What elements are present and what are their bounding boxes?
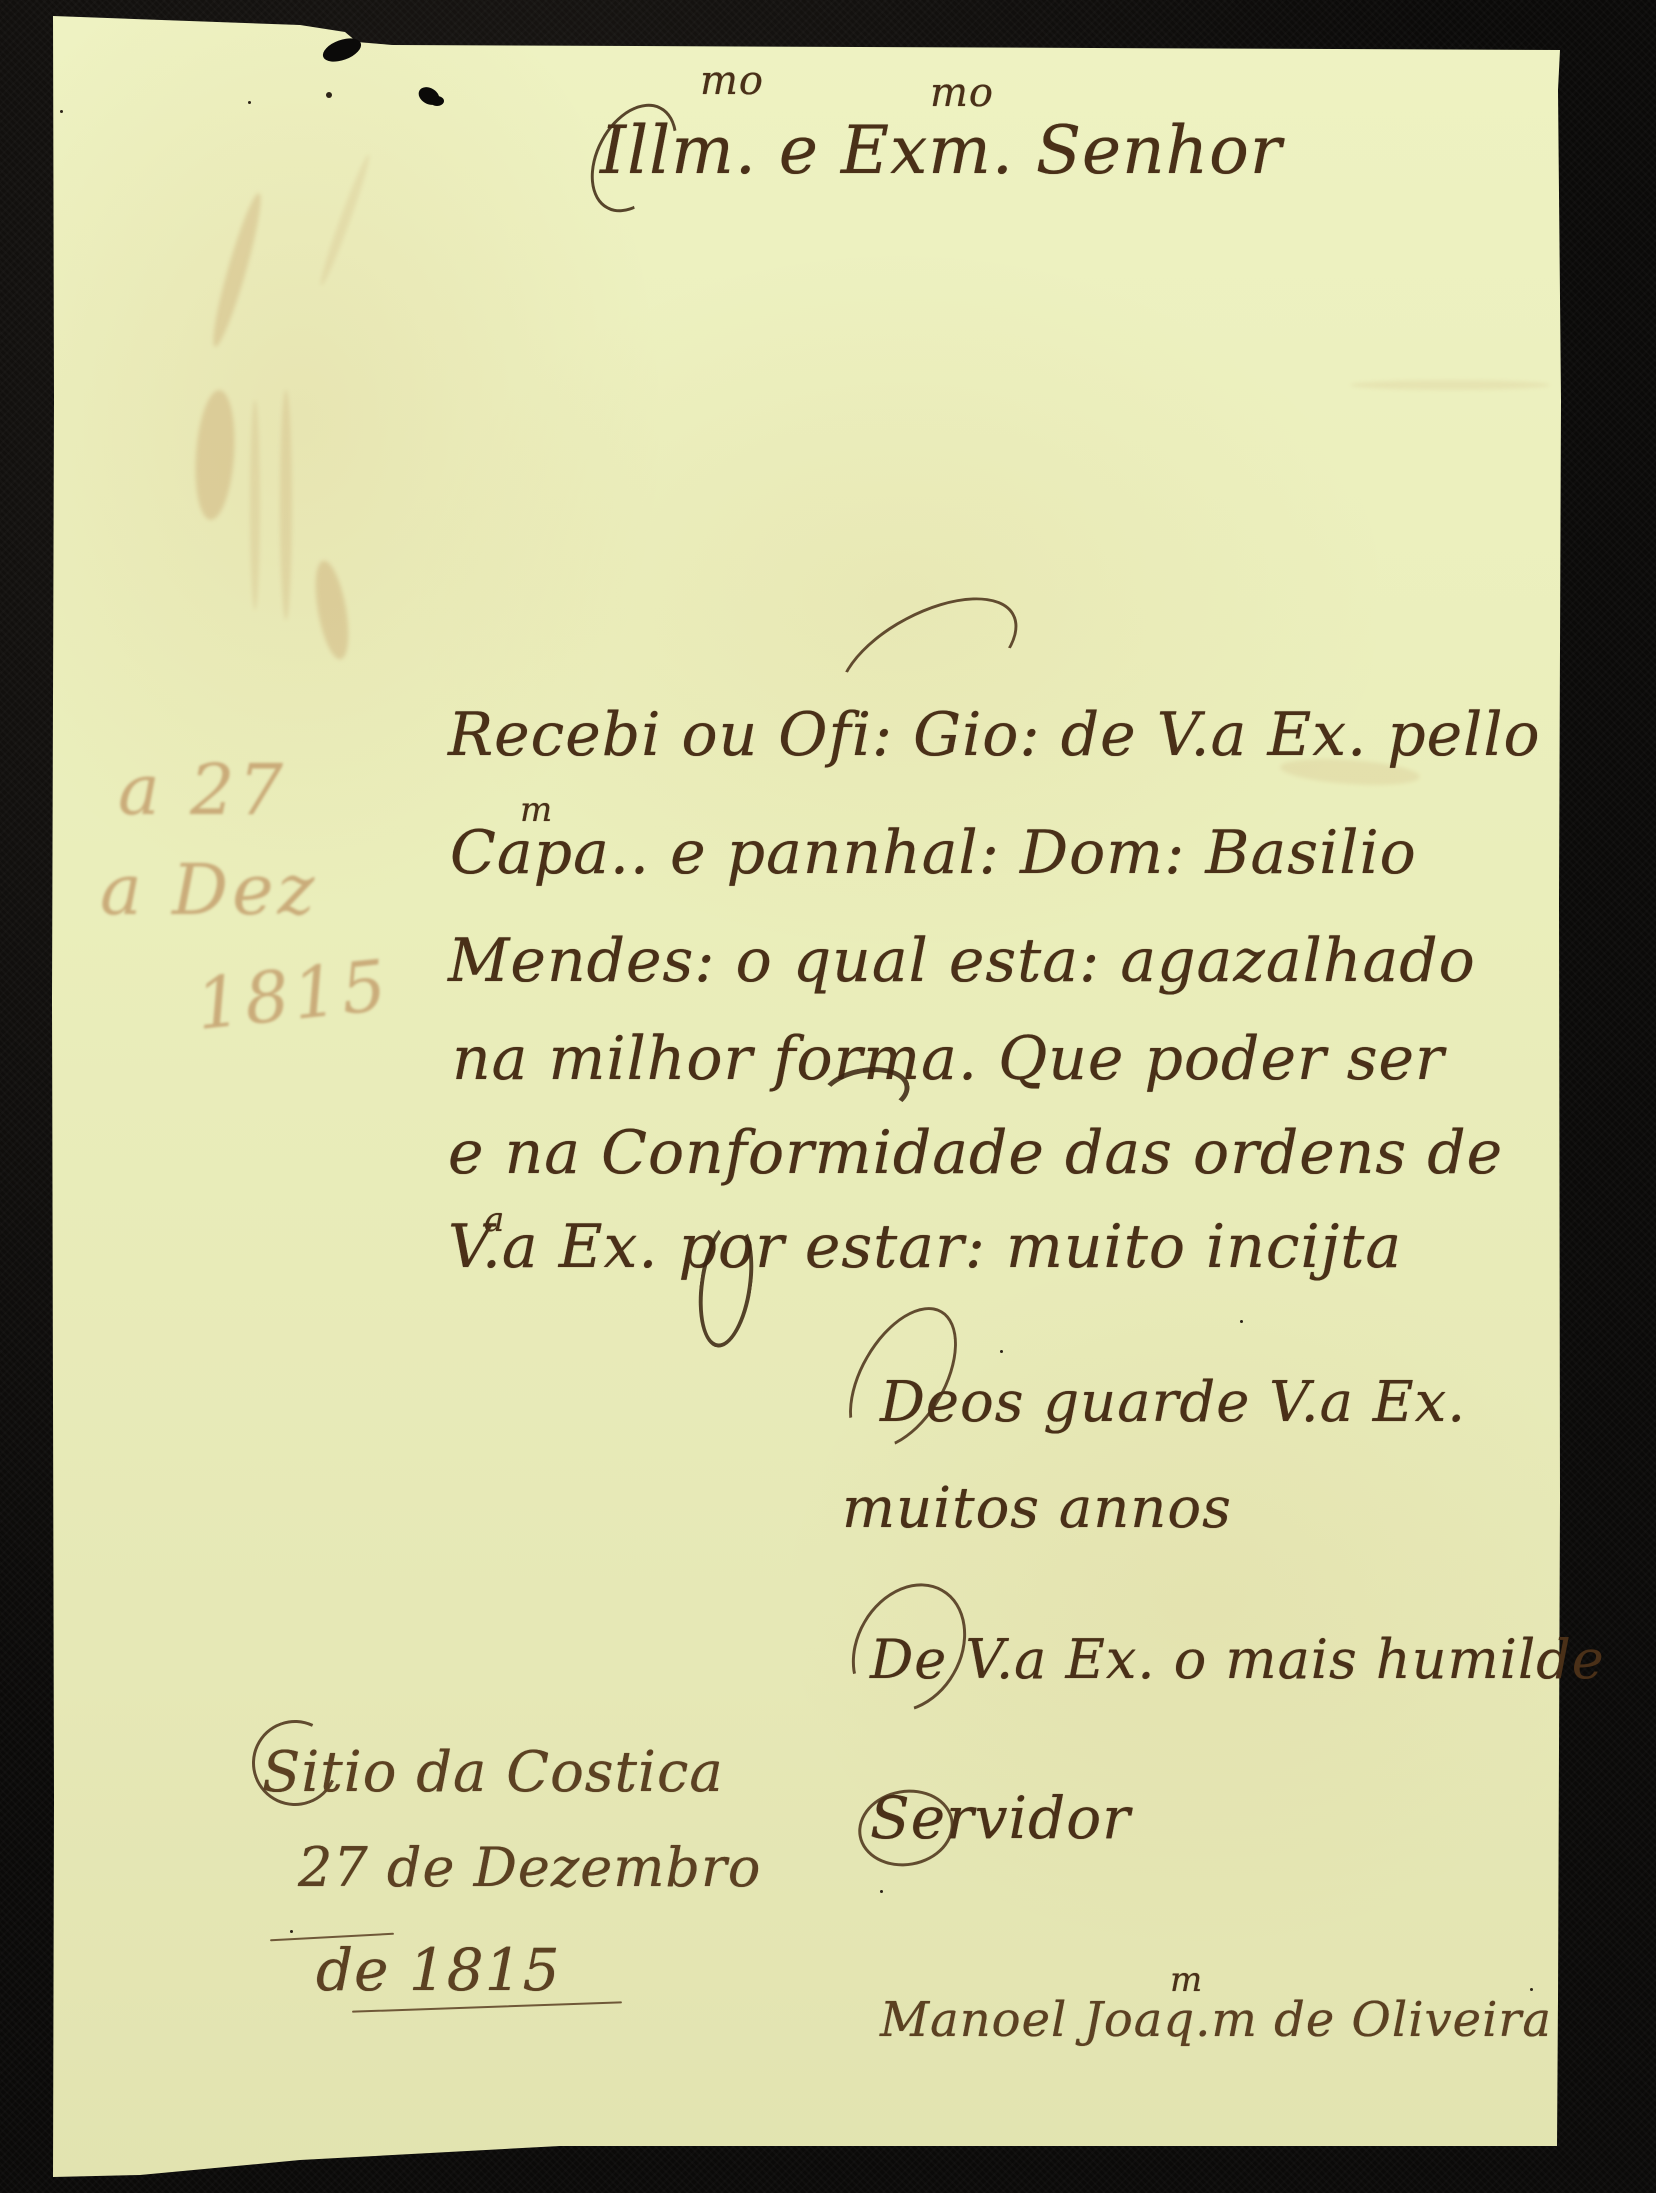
salutation-word-illm: Illm: [600, 112, 735, 189]
paper-speck: [248, 101, 251, 104]
ink-blot: [430, 96, 444, 106]
paper-speck: [1530, 1988, 1533, 1991]
bleed-through-stroke: [280, 390, 292, 620]
salutation-word-e: e: [779, 112, 819, 189]
body-line-6: V.a Ex. por estar: muito incijta: [448, 1212, 1402, 1282]
body-line-3: Mendes: o qual esta: agazalhado: [448, 926, 1476, 996]
signature: Manoel Joaq.m de Oliveira: [880, 1992, 1552, 2048]
body-line-1: Recebi ou Ofi: Gio: de V.a Ex. pello: [448, 700, 1541, 770]
bleed-through-stroke: [1350, 380, 1550, 390]
period: .: [992, 112, 1036, 189]
margin-note-line-1: a 27: [118, 755, 287, 825]
paper-speck: [1240, 1320, 1243, 1323]
paper-speck: [290, 1930, 293, 1933]
salutation-word-senhor: Senhor: [1036, 112, 1283, 189]
salutation-superscript-2: mo: [930, 70, 994, 116]
salutation-line: Illm. e Exm. Senhor: [600, 112, 1282, 189]
salutation-superscript-1: mo: [700, 58, 764, 104]
body-line-4: na milhor forma. Que poder ser: [452, 1024, 1445, 1094]
paper-speck: [880, 1890, 883, 1893]
closing-line-4: Servidor: [870, 1784, 1131, 1852]
body-line-2: Capa.. e pannhal: Dom: Basilio: [450, 818, 1417, 888]
closing-line-2: muitos annos: [842, 1476, 1232, 1541]
body-line-5: e na Conformidade das ordens de: [448, 1118, 1503, 1188]
margin-note-line-2: a Dez: [100, 855, 318, 925]
date-day-month: 27 de Dezembro: [298, 1836, 761, 1899]
place-name: Sitio da Costica: [262, 1740, 724, 1805]
salutation-word-exm: Exm: [841, 112, 992, 189]
closing-line-3: De V.a Ex. o mais humilde: [870, 1628, 1605, 1691]
margin-note-line-3: 1815: [193, 950, 393, 1040]
paper-speck: [60, 110, 63, 113]
paper-speck: [326, 92, 332, 98]
paper-speck: [1000, 1350, 1003, 1353]
date-year: de 1815: [316, 1936, 561, 2004]
bleed-through-stroke: [250, 400, 260, 610]
closing-line-1: Deos guarde V.a Ex.: [880, 1370, 1466, 1435]
period: .: [735, 112, 779, 189]
